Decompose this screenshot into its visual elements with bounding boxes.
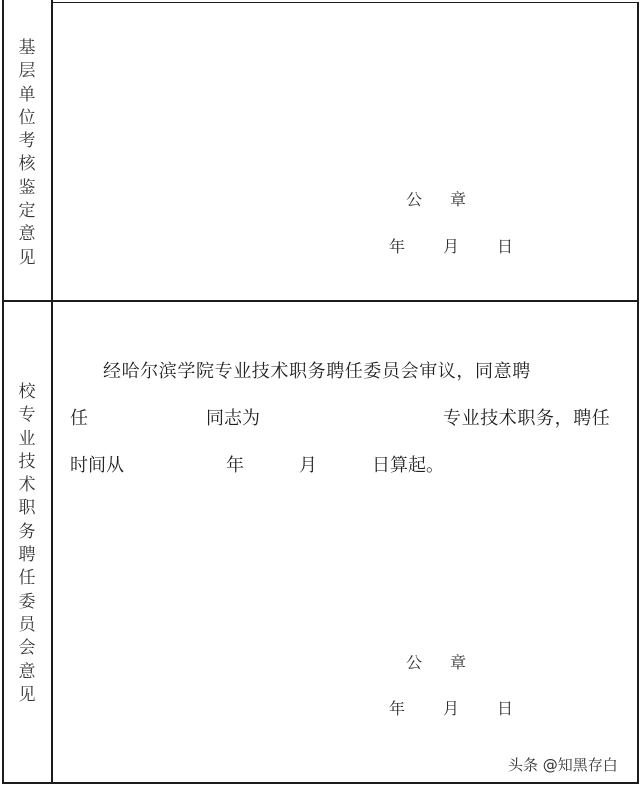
row-divider (2, 300, 639, 302)
label-char: 见 (19, 684, 36, 707)
section1-label: 基 层 单 位 考 核 鉴 定 意 见 (3, 37, 51, 270)
approval-line-2-tongzhiwei: 同志为 (206, 404, 260, 430)
label-char: 校 (19, 381, 36, 404)
label-char: 会 (19, 637, 36, 660)
label-char: 位 (19, 107, 36, 130)
label-char: 术 (19, 474, 36, 497)
label-char: 业 (19, 428, 36, 451)
bottom-border (2, 782, 639, 784)
label-char: 委 (19, 591, 36, 614)
section1-seal-zhang: 章 (450, 187, 466, 210)
section1-date-year: 年 (389, 234, 405, 257)
label-char: 鉴 (19, 177, 36, 200)
approval-line-3-year: 年 (226, 451, 244, 477)
section2-date-year: 年 (389, 696, 405, 719)
top-border (51, 2, 639, 3)
approval-line-3-month: 月 (299, 451, 317, 477)
approval-line-2-zhiwu: 专业技术职务，聘任 (443, 404, 610, 430)
section2-date-month: 月 (443, 696, 459, 719)
column-divider (51, 0, 53, 784)
label-char: 专 (19, 404, 36, 427)
label-char: 职 (19, 497, 36, 520)
label-char: 任 (19, 567, 36, 590)
label-char: 定 (19, 200, 36, 223)
approval-line-2-ren: 任 (70, 404, 88, 430)
label-char: 意 (19, 661, 36, 684)
label-char: 员 (19, 614, 36, 637)
label-char: 务 (19, 521, 36, 544)
label-char: 基 (19, 37, 36, 60)
approval-line-3-shijiancong: 时间从 (70, 451, 124, 477)
approval-line-3-day: 日算起。 (372, 451, 444, 477)
approval-line-1: 经哈尔滨学院专业技术职务聘任委员会审议，同意聘 (103, 357, 531, 383)
label-char: 见 (19, 247, 36, 270)
section1-date-month: 月 (443, 234, 459, 257)
label-char: 聘 (19, 544, 36, 567)
label-char: 技 (19, 451, 36, 474)
section2-seal-gong: 公 (406, 650, 422, 673)
section2-seal-zhang: 章 (450, 650, 466, 673)
label-char: 单 (19, 84, 36, 107)
section2-date-day: 日 (497, 696, 513, 719)
right-border (637, 2, 639, 784)
section1-seal-gong: 公 (406, 187, 422, 210)
section1-date-day: 日 (497, 234, 513, 257)
label-char: 层 (19, 60, 36, 83)
label-char: 意 (19, 223, 36, 246)
label-char: 考 (19, 130, 36, 153)
section2-label: 校 专 业 技 术 职 务 聘 任 委 员 会 意 见 (3, 381, 51, 707)
label-char: 核 (19, 153, 36, 176)
watermark: 头条 @知黑存白 (508, 754, 618, 775)
